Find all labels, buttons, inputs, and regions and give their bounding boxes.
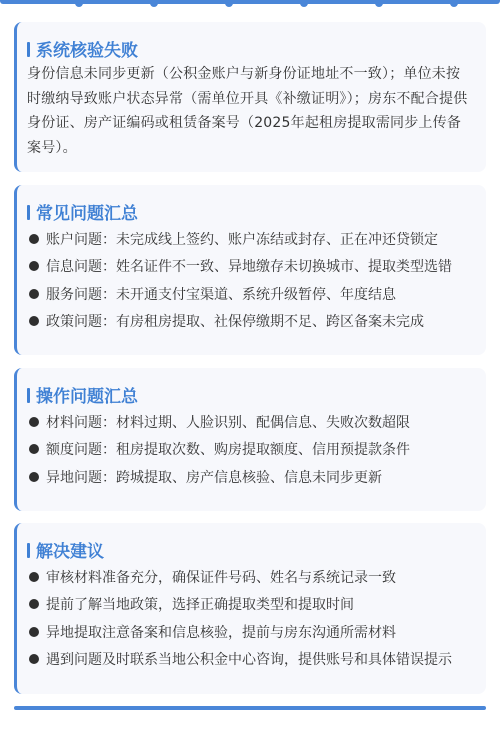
top-bar-notch — [75, 2, 83, 7]
bullet-icon — [29, 289, 39, 299]
section-title: 操作问题汇总 — [27, 382, 476, 406]
title-accent-bar — [27, 205, 30, 220]
section-title-text: 常见问题汇总 — [36, 199, 138, 224]
card-common-issues: 常见问题汇总 账户问题：未完成线上签约、账户冻结或封存、正在冲还贷锁定 信息问题… — [14, 185, 486, 355]
list-item-text: 材料问题：材料过期、人脸识别、配偶信息、失败次数超限 — [46, 412, 410, 432]
list-item: 服务问题：未开通支付宝渠道、系统升级暂停、年度结息 — [27, 280, 476, 308]
bullet-icon — [29, 261, 39, 271]
section-title: 常见问题汇总 — [27, 199, 476, 223]
title-accent-bar — [27, 42, 30, 57]
list-item: 材料问题：材料过期、人脸识别、配偶信息、失败次数超限 — [27, 408, 476, 436]
section-title-text: 操作问题汇总 — [36, 382, 138, 407]
suggestion-list: 审核材料准备充分，确保证件号码、姓名与系统记录一致 提前了解当地政策，选择正确提… — [27, 563, 476, 673]
section-paragraph: 身份信息未同步更新（公积金账户与新身份证地址不一致）；单位未按时缴纳导致账户状态… — [27, 62, 476, 160]
list-item-text: 审核材料准备充分，确保证件号码、姓名与系统记录一致 — [46, 567, 396, 587]
bullet-icon — [29, 654, 39, 664]
bullet-icon — [29, 572, 39, 582]
issue-list: 账户问题：未完成线上签约、账户冻结或封存、正在冲还贷锁定 信息问题：姓名证件不一… — [27, 225, 476, 335]
list-item-text: 异地问题：跨城提取、房产信息核验、信息未同步更新 — [46, 467, 382, 487]
section-title-text: 解决建议 — [36, 537, 104, 562]
section-title: 系统核验失败 — [27, 36, 476, 60]
list-item-text: 账户问题：未完成线上签约、账户冻结或封存、正在冲还贷锁定 — [46, 229, 438, 249]
list-item-text: 政策问题：有房租房提取、社保停缴期不足、跨区备案未完成 — [46, 311, 424, 331]
section-title: 解决建议 — [27, 537, 476, 561]
title-accent-bar — [27, 543, 30, 558]
section-title-text: 系统核验失败 — [36, 36, 138, 61]
list-item-text: 额度问题：租房提取次数、购房提取额度、信用预提款条件 — [46, 439, 410, 459]
bullet-icon — [29, 627, 39, 637]
list-item-text: 提前了解当地政策，选择正确提取类型和提取时间 — [46, 594, 354, 614]
bullet-icon — [29, 599, 39, 609]
list-item: 提前了解当地政策，选择正确提取类型和提取时间 — [27, 591, 476, 619]
top-bar-notch — [375, 2, 383, 7]
bullet-icon — [29, 417, 39, 427]
card-solution-suggestions: 解决建议 审核材料准备充分，确保证件号码、姓名与系统记录一致 提前了解当地政策，… — [14, 523, 486, 694]
list-item: 账户问题：未完成线上签约、账户冻结或封存、正在冲还贷锁定 — [27, 225, 476, 253]
bottom-decorative-bar — [14, 706, 486, 710]
list-item: 审核材料准备充分，确保证件号码、姓名与系统记录一致 — [27, 563, 476, 591]
bullet-icon — [29, 234, 39, 244]
top-bar-notch — [225, 2, 233, 7]
list-item: 额度问题：租房提取次数、购房提取额度、信用预提款条件 — [27, 436, 476, 464]
bullet-icon — [29, 472, 39, 482]
list-item-text: 遇到问题及时联系当地公积金中心咨询，提供账号和具体错误提示 — [46, 649, 452, 669]
list-item: 异地问题：跨城提取、房产信息核验、信息未同步更新 — [27, 463, 476, 491]
top-bar-notch — [300, 2, 308, 7]
list-item-text: 异地提取注意备案和信息核验，提前与房东沟通所需材料 — [46, 622, 396, 642]
list-item-text: 服务问题：未开通支付宝渠道、系统升级暂停、年度结息 — [46, 284, 396, 304]
top-bar-notch — [450, 2, 458, 7]
title-accent-bar — [27, 388, 30, 403]
list-item: 政策问题：有房租房提取、社保停缴期不足、跨区备案未完成 — [27, 308, 476, 336]
list-item: 遇到问题及时联系当地公积金中心咨询，提供账号和具体错误提示 — [27, 646, 476, 674]
top-bar-notch — [150, 2, 158, 7]
bullet-icon — [29, 444, 39, 454]
card-operation-issues: 操作问题汇总 材料问题：材料过期、人脸识别、配偶信息、失败次数超限 额度问题：租… — [14, 368, 486, 511]
list-item: 异地提取注意备案和信息核验，提前与房东沟通所需材料 — [27, 618, 476, 646]
issue-list: 材料问题：材料过期、人脸识别、配偶信息、失败次数超限 额度问题：租房提取次数、购… — [27, 408, 476, 491]
list-item-text: 信息问题：姓名证件不一致、异地缴存未切换城市、提取类型选错 — [46, 256, 452, 276]
bullet-icon — [29, 316, 39, 326]
list-item: 信息问题：姓名证件不一致、异地缴存未切换城市、提取类型选错 — [27, 253, 476, 281]
card-system-verification-failure: 系统核验失败 身份信息未同步更新（公积金账户与新身份证地址不一致）；单位未按时缴… — [14, 22, 486, 172]
